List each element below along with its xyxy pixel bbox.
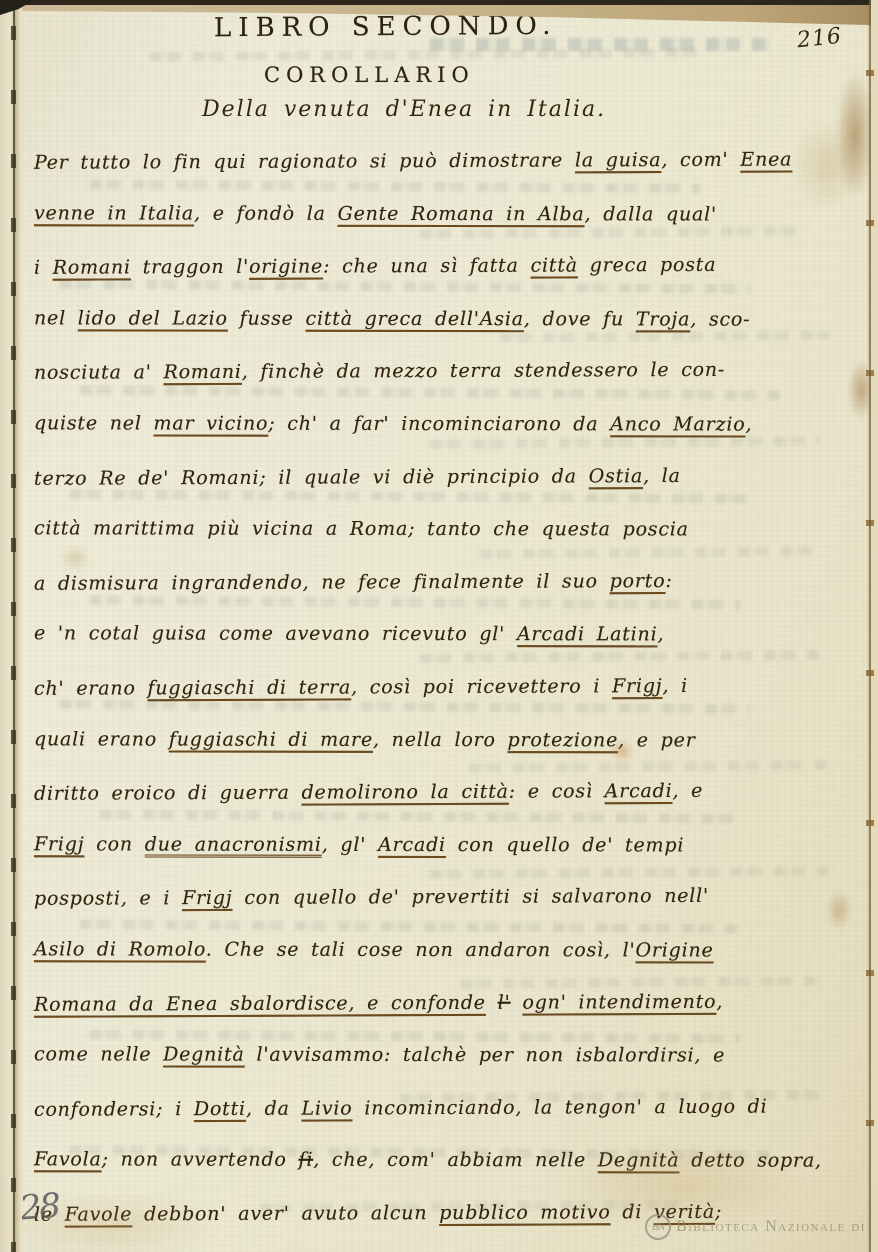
binding-stitches <box>11 0 16 1252</box>
stamp-monogram-icon: BN <box>645 1214 671 1240</box>
manuscript-line: Frigj con due anacronismi, gl' Arcadi co… <box>34 823 856 877</box>
manuscript-line: e 'n cotal guisa come avevano ricevuto g… <box>34 613 856 667</box>
manuscript-line: Per tutto lo fin qui ragionato si può di… <box>34 138 856 194</box>
manuscript-line: città marittima più vicina a Roma; tanto… <box>34 507 856 561</box>
manuscript-line: nosciuta a' Romani, finchè da mezzo terr… <box>34 349 856 405</box>
manuscript-line: venne in Italia, e fondò la Gente Romana… <box>34 192 856 246</box>
manuscript-line: ch' erano fuggiaschi di terra, così poi … <box>34 664 856 720</box>
library-stamp: BN Biblioteca Nazionale di Napoli <box>645 1214 878 1240</box>
manuscript-text: Per tutto lo fin qui ragionato si può di… <box>34 140 856 1244</box>
manuscript-line: posposti, e i Frigj con quello de' preve… <box>34 875 856 931</box>
manuscript-page: LIBRO SECONDO. COROLLARIO Della venuta d… <box>0 0 878 1252</box>
manuscript-line: quali erano fuggiaschi di mare, nella lo… <box>34 718 856 772</box>
section-title: COROLLARIO <box>264 63 475 87</box>
manuscript-line: confondersi; i Dotti, da Livio incominci… <box>34 1085 856 1141</box>
manuscript-line: terzo Re de' Romani; il quale vi diè pri… <box>34 454 856 510</box>
manuscript-line: Romana da Enea sbalordisce, e confonde l… <box>34 980 856 1036</box>
manuscript-line: a dismisura ingrandendo, ne fece finalme… <box>34 559 856 615</box>
edge-speckles <box>866 0 874 1252</box>
chapter-subtitle: Della venuta d'Enea in Italia. <box>202 97 606 122</box>
manuscript-line: diritto eroico di guerra demolirono la c… <box>34 769 856 825</box>
manuscript-line: nel lido del Lazio fusse città greca del… <box>34 297 856 351</box>
bleed-through-text <box>150 48 710 62</box>
manuscript-line: quiste nel mar vicino; ch' a far' incomi… <box>34 402 856 456</box>
manuscript-line: Asilo di Romolo. Che se tali cose non an… <box>34 928 856 982</box>
folio-number: 216 <box>796 24 843 54</box>
manuscript-line: i Romani traggon l'origine: che una sì f… <box>34 243 856 299</box>
manuscript-line: come nelle Degnità l'avvisammo: talchè p… <box>34 1033 856 1087</box>
manuscript-line: Favola; non avvertendo ſi, che, com' abb… <box>34 1139 856 1193</box>
stamp-label: Biblioteca Nazionale di Napoli <box>676 1218 878 1236</box>
